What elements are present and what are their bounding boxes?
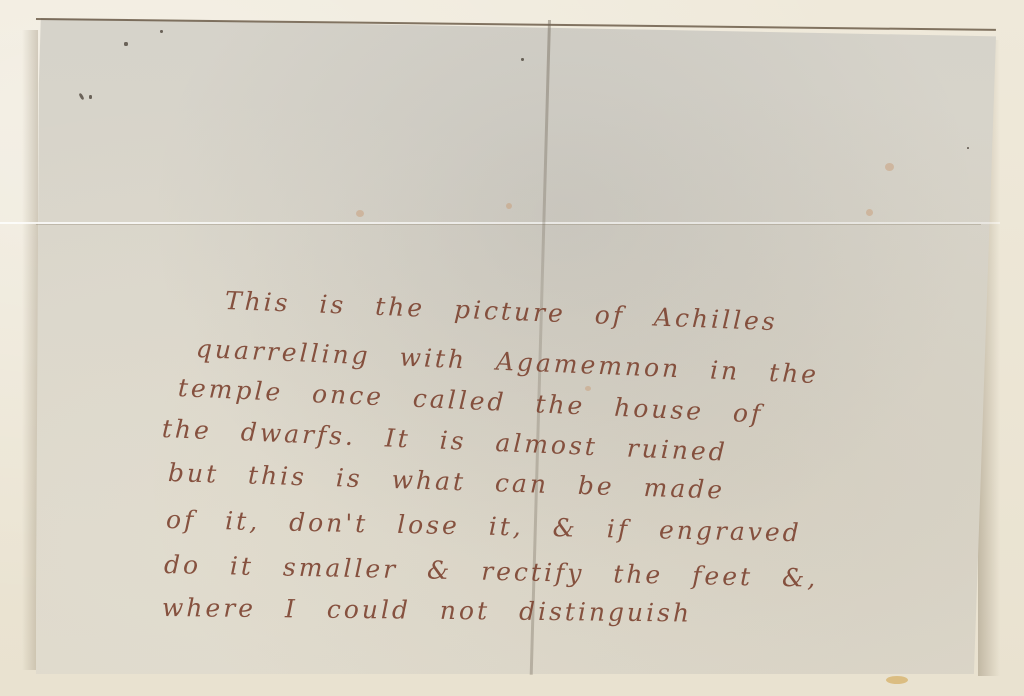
handwritten-line-5: but this is what can be made — [168, 458, 726, 504]
handwritten-line-6: of it, don't lose it, & if engraved — [166, 505, 802, 547]
handwritten-line-1: This is the picture of Achilles — [224, 286, 778, 336]
handwritten-line-7: do it smaller & rectify the feet &, — [164, 550, 819, 593]
handwritten-text: This is the picture of Achilles quarrell… — [0, 0, 1024, 696]
handwritten-line-8: where I could not distinguish — [162, 593, 692, 628]
